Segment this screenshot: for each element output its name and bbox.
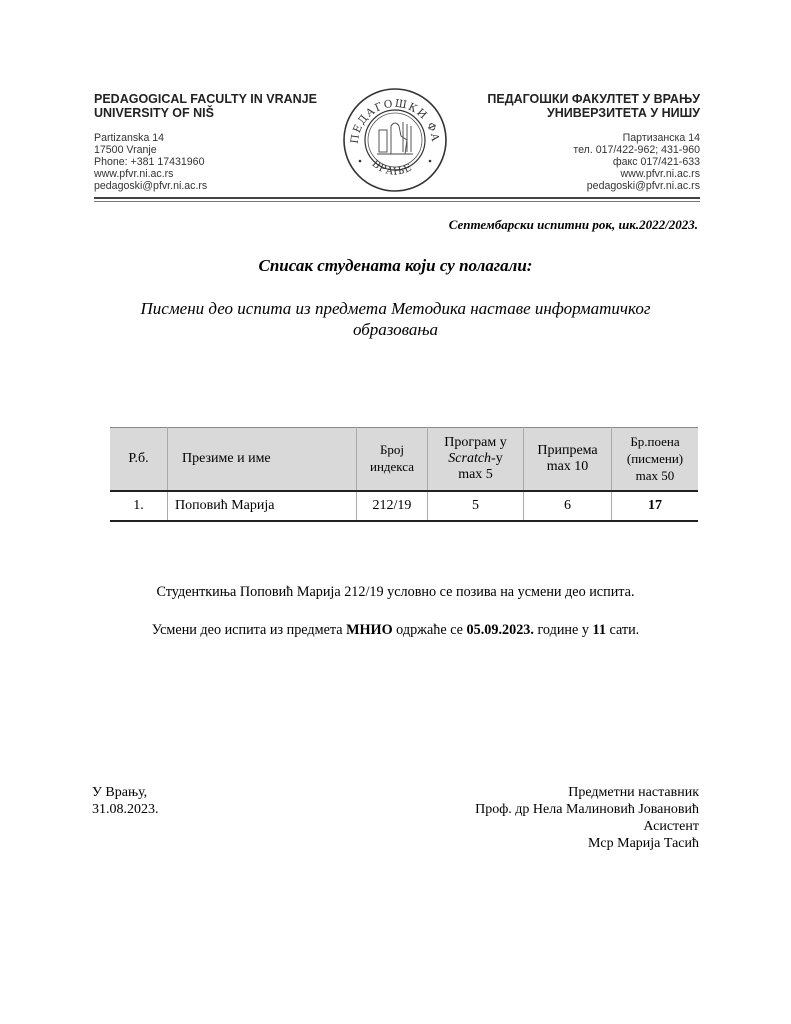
letterhead-left: PEDAGOGICAL FACULTY IN VRANJE UNIVERSITY… bbox=[94, 92, 317, 192]
table-row: 1. Поповић Марија 212/19 5 6 17 bbox=[110, 491, 698, 521]
table-header-row: Р.б. Презиме и име Бројиндекса Програм у… bbox=[110, 428, 698, 492]
col-prep: Припремаmax 10 bbox=[524, 428, 612, 492]
oral-exam-notice: Усмени део испита из предмета МНИО одржа… bbox=[0, 622, 791, 639]
address-en: Partizanska 14 17500 Vranje Phone: +381 … bbox=[94, 132, 317, 192]
col-scratch: Програм уScratch-уmax 5 bbox=[428, 428, 524, 492]
cell-rb: 1. bbox=[110, 491, 168, 521]
email-line: pedagoski@pfvr.ni.ac.rs bbox=[94, 180, 317, 192]
cell-prep: 6 bbox=[524, 491, 612, 521]
svg-text:ВРАЊЕ: ВРАЊЕ bbox=[370, 158, 415, 178]
address-sr: Партизанска 14 тел. 017/422-962; 431-960… bbox=[487, 132, 700, 192]
col-rb: Р.б. bbox=[110, 428, 168, 492]
col-name: Презиме и име bbox=[168, 428, 357, 492]
address-line: Partizanska 14 bbox=[94, 132, 317, 144]
results-table: Р.б. Презиме и име Бројиндекса Програм у… bbox=[110, 427, 698, 522]
university-name-en: UNIVERSITY OF NIŠ bbox=[94, 106, 317, 120]
assistant-role: Асистент bbox=[475, 818, 699, 835]
faculty-name-sr: ПЕДАГОШКИ ФАКУЛТЕТ У ВРАЊУ bbox=[487, 92, 700, 106]
phone-line: тел. 017/422-962; 431-960 bbox=[487, 144, 700, 156]
col-points: Бр.поена(писмени)max 50 bbox=[612, 428, 699, 492]
fax-line: факс 017/421-633 bbox=[487, 156, 700, 168]
exam-term: Септембарски испитни рок, шк.2022/2023. bbox=[449, 217, 698, 233]
address-line: Партизанска 14 bbox=[487, 132, 700, 144]
website-line: www.pfvr.ni.ac.rs bbox=[94, 168, 317, 180]
faculty-name-en: PEDAGOGICAL FACULTY IN VRANJE bbox=[94, 92, 317, 106]
cell-name: Поповић Марија bbox=[168, 491, 357, 521]
phone-line: Phone: +381 17431960 bbox=[94, 156, 317, 168]
header-divider-thin bbox=[94, 201, 700, 202]
teacher-name: Проф. др Нела Малиновић Јовановић bbox=[475, 801, 699, 818]
cell-points: 17 bbox=[612, 491, 699, 521]
university-name-sr: УНИВЕРЗИТЕТА У НИШУ bbox=[487, 106, 700, 120]
conditional-invite-notice: Студенткиња Поповић Марија 212/19 условн… bbox=[0, 584, 791, 601]
website-line: www.pfvr.ni.ac.rs bbox=[487, 168, 700, 180]
cell-index: 212/19 bbox=[357, 491, 428, 521]
document-title: Списак студената који су полагали: bbox=[0, 256, 791, 276]
email-line: pedagoski@pfvr.ni.ac.rs bbox=[487, 180, 700, 192]
oral-exam-hour: 11 bbox=[593, 622, 606, 638]
assistant-name: Мср Марија Тасић bbox=[475, 835, 699, 852]
letterhead-right: ПЕДАГОШКИ ФАКУЛТЕТ У ВРАЊУ УНИВЕРЗИТЕТА … bbox=[487, 92, 700, 192]
header-divider bbox=[94, 197, 700, 199]
cell-scratch: 5 bbox=[428, 491, 524, 521]
col-index: Бројиндекса bbox=[357, 428, 428, 492]
place: У Врању, bbox=[92, 784, 159, 801]
signature-block: Предметни наставник Проф. др Нела Малино… bbox=[475, 784, 699, 852]
teacher-role: Предметни наставник bbox=[475, 784, 699, 801]
oral-exam-date: 05.09.2023. bbox=[467, 622, 534, 638]
document-subtitle: Писмени део испита из предмета Методика … bbox=[110, 298, 681, 340]
address-line: 17500 Vranje bbox=[94, 144, 317, 156]
subject-code: МНИО bbox=[346, 622, 393, 638]
place-date-block: У Врању, 31.08.2023. bbox=[92, 784, 159, 818]
issue-date: 31.08.2023. bbox=[92, 801, 159, 818]
faculty-seal-icon: ПЕДАГОШКИ ФАКУЛТЕТ ВРАЊЕ bbox=[341, 86, 449, 194]
